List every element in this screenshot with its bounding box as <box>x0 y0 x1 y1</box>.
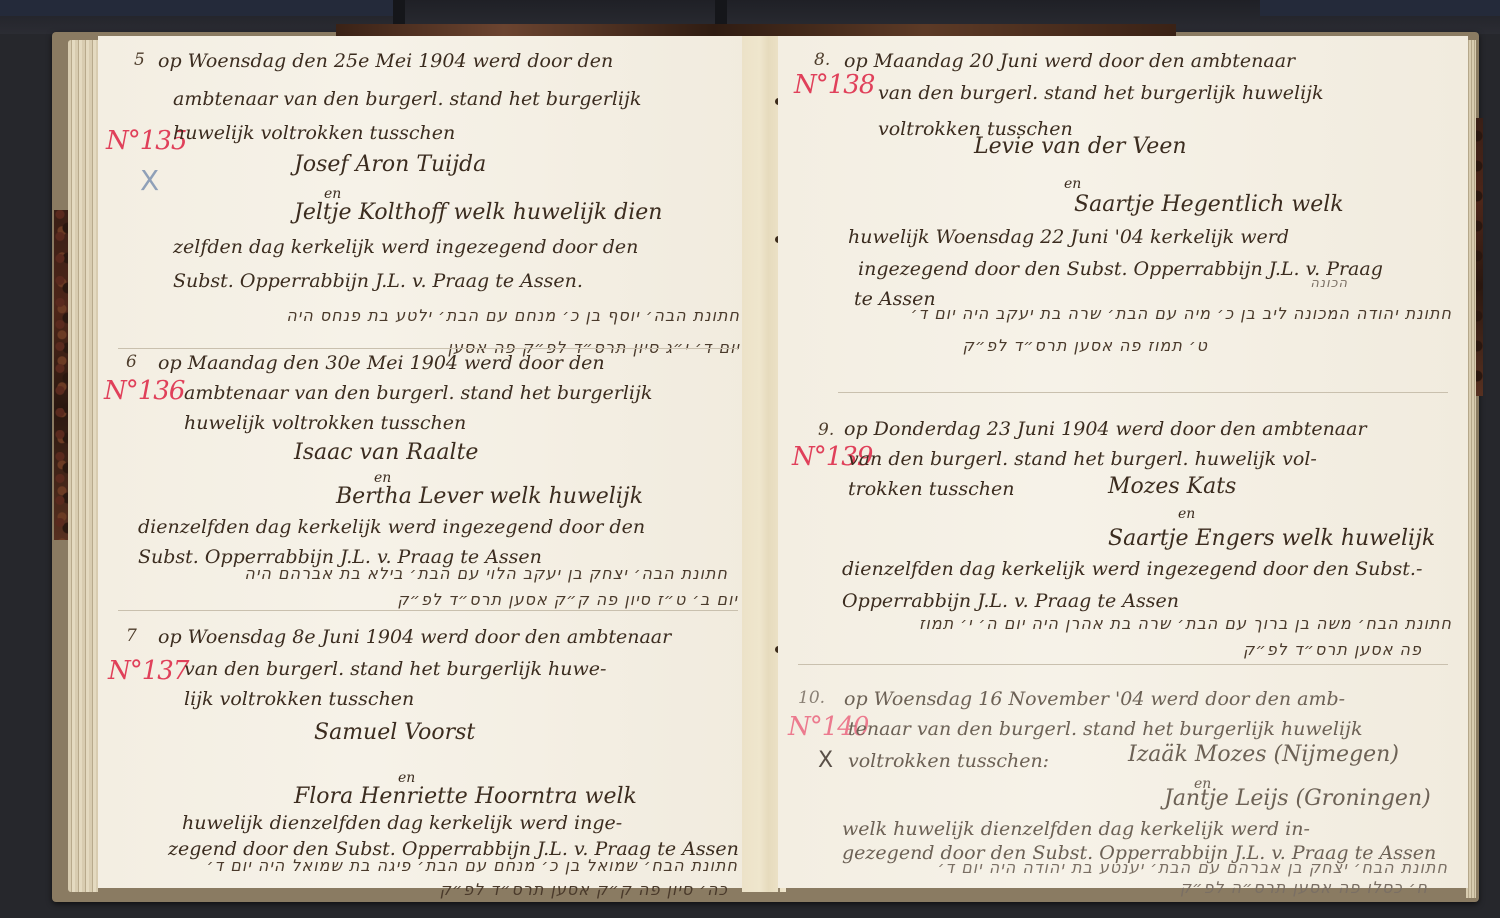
page-stack-left <box>68 40 98 892</box>
entry-line: voltrokken tusschen: <box>848 750 1049 772</box>
entry-line: van den burgerl. stand het burgerlijk hu… <box>878 82 1324 104</box>
entry-line: lijk voltrokken tusschen <box>184 688 414 710</box>
groom-name: Josef Aron Tuijda <box>294 152 486 177</box>
hebrew-line: פה אסען תרס״ד לפ״ק <box>1243 640 1422 659</box>
groom-name: Izaäk Mozes (Nijmegen) <box>1128 742 1399 767</box>
register-entry-140: 10. N°140 X op Woensdag 16 November '04 … <box>778 672 1468 888</box>
pencil-x-mark: X <box>140 164 159 197</box>
hebrew-line: כה׳ סיון פה ק״ק אסען תרס״ד לפ״ק <box>440 880 728 899</box>
register-number: N°138 <box>794 70 874 100</box>
entry-line: ambtenaar van den burgerl. stand het bur… <box>184 382 652 404</box>
entry-line: tenaar van den burgerl. stand het burger… <box>848 718 1362 740</box>
entry-divider <box>838 392 1448 393</box>
bride-line: Saartje Hegentlich welk <box>1074 192 1344 217</box>
entry-line: ingezegend door den Subst. Opperrabbijn … <box>858 258 1383 280</box>
entry-line: van den burgerl. stand het burgerlijk hu… <box>184 658 606 680</box>
entry-line: huwelijk voltrokken tusschen <box>184 412 466 434</box>
hebrew-line: חתונת הבח׳ משה בן ברוך עם הבת׳ שרה בת אה… <box>919 614 1452 633</box>
entry-number: 7 <box>126 626 137 646</box>
entry-line: Subst. Opperrabbijn J.L. v. Praag te Ass… <box>173 270 583 292</box>
entry-line: ambtenaar van den burgerl. stand het bur… <box>173 88 641 110</box>
entry-line: op Maandag den 30e Mei 1904 werd door de… <box>158 352 605 374</box>
entry-number: 10. <box>798 688 825 708</box>
entry-number: 9. <box>818 420 834 440</box>
bride-line: Saartje Engers welk huwelijk <box>1108 526 1435 551</box>
entry-line: op Woensdag 16 November '04 werd door de… <box>844 688 1345 710</box>
hebrew-line: חתונת הבח׳ שמואל בן כ׳ מנחם עם הבת׳ פיגה… <box>207 856 738 875</box>
bride-line: Flora Henriette Hoorntra welk <box>294 784 637 809</box>
entry-line: huwelijk voltrokken tusschen <box>173 122 455 144</box>
hebrew-line: ח׳ כסלו פה אסען תרס״ה לפ״ק <box>1180 878 1428 897</box>
groom-name: Isaac van Raalte <box>294 440 478 465</box>
hebrew-annotation: הכונה <box>1310 276 1348 291</box>
conjunction: en <box>1064 176 1081 192</box>
register-number: N°137 <box>108 656 188 686</box>
register-entry-137: 7 N°137 op Woensdag 8e Juni 1904 werd do… <box>98 616 758 886</box>
entry-line: huwelijk Woensdag 22 Juni '04 kerkelijk … <box>848 226 1289 248</box>
register-number: N°136 <box>104 376 184 406</box>
conjunction: en <box>1178 506 1195 522</box>
entry-line: trokken tusschen <box>848 478 1014 500</box>
entry-line: huwelijk dienzelfden dag kerkelijk werd … <box>182 812 622 834</box>
hebrew-line: יום ב׳ ט״ז סיון פה ק״ק אסען תרס״ד לפ״ק <box>397 590 738 609</box>
hebrew-line: חתונת הבה׳ יצחק בן יעקב הלוי עם הבת׳ ביל… <box>244 564 728 583</box>
entry-line: op Maandag 20 Juni werd door den ambtena… <box>844 50 1295 72</box>
entry-number: 5 <box>134 50 145 70</box>
register-entry-135: 5 N°135 X op Woensdag den 25e Mei 1904 w… <box>98 36 758 346</box>
entry-number: 8. <box>814 50 830 70</box>
entry-line: van den burgerl. stand het burgerl. huwe… <box>848 448 1317 470</box>
backdrop-panel <box>1260 0 1500 16</box>
bride-line: Jantje Leijs (Groningen) <box>1164 786 1431 811</box>
entry-line: dienzelfden dag kerkelijk werd ingezegen… <box>842 558 1422 580</box>
entry-line: op Donderdag 23 Juni 1904 werd door den … <box>844 418 1367 440</box>
entry-line: zelfden dag kerkelijk werd ingezegend do… <box>173 236 638 258</box>
hebrew-line: ט׳ תמוז פה אסען תרס״ד לפ״ק <box>963 336 1208 355</box>
entry-line: op Woensdag 8e Juni 1904 werd door den a… <box>158 626 671 648</box>
register-entry-136: 6 N°136 op Maandag den 30e Mei 1904 werd… <box>98 346 758 606</box>
groom-name: Levie van der Veen <box>974 134 1187 159</box>
entry-divider <box>798 664 1448 665</box>
bride-line: Bertha Lever welk huwelijk <box>336 484 643 509</box>
entry-number: 6 <box>126 352 137 372</box>
entry-divider <box>118 610 738 611</box>
register-entry-138: 8. N°138 op Maandag 20 Juni werd door de… <box>778 36 1468 386</box>
entry-line: welk huwelijk dienzelfden dag kerkelijk … <box>842 818 1310 840</box>
entry-line: Opperrabbijn J.L. v. Praag te Assen <box>842 590 1179 612</box>
register-entry-139: 9. N°139 op Donderdag 23 Juni 1904 werd … <box>778 402 1468 672</box>
x-mark: X <box>818 748 833 773</box>
groom-name: Mozes Kats <box>1108 474 1236 499</box>
bride-line: Jeltje Kolthoff welk huwelijk dien <box>294 200 662 225</box>
entry-line: op Woensdag den 25e Mei 1904 werd door d… <box>158 50 613 72</box>
hebrew-line: חתונת יהודה המכונה ליב בן כ׳ מיה עם הבת׳… <box>911 304 1452 323</box>
hebrew-line: חתונת הבה׳ יוסף בן כ׳ מנחם עם הבת׳ ילטע … <box>286 306 740 325</box>
marbled-edge <box>336 24 1176 36</box>
right-page: 8. N°138 op Maandag 20 Juni werd door de… <box>778 36 1468 888</box>
groom-name: Samuel Voorst <box>314 720 475 745</box>
left-page: 5 N°135 X op Woensdag den 25e Mei 1904 w… <box>98 36 759 888</box>
hebrew-line: חתונת הבח׳ יצחק בן אברהם עם הבת׳ יענטע ב… <box>938 858 1448 877</box>
backdrop-panel <box>0 0 395 16</box>
entry-line: dienzelfden dag kerkelijk werd ingezegen… <box>138 516 645 538</box>
